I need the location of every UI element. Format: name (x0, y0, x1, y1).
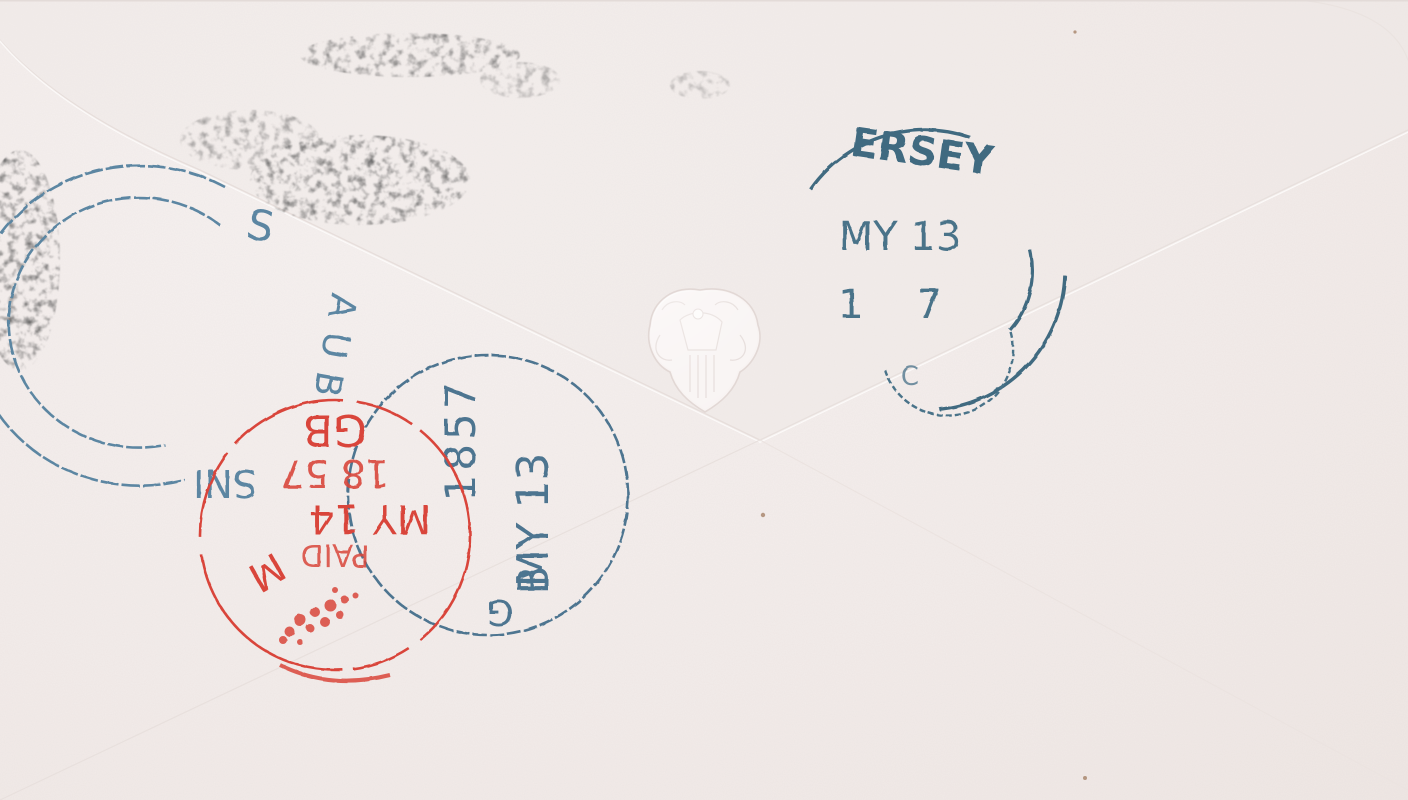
paid-word: PAID (301, 537, 370, 572)
blue-cds-letter: G (486, 591, 514, 632)
jersey-code: C (901, 362, 919, 392)
jersey-date: MY 13 (839, 214, 962, 260)
jersey-year: 1 7 (838, 282, 962, 328)
paid-date: MY 14 (309, 495, 432, 541)
paid-gb: GB (303, 404, 367, 455)
envelope-back: ERSEY MY 13 1 7 C S AUB SNI B MY 13 1857… (0, 0, 1408, 800)
paid-year: 18 57 (281, 451, 390, 495)
st-aubins-bottom: SNI (193, 461, 257, 505)
envelope-photo: ERSEY MY 13 1 7 C S AUB SNI B MY 13 1857… (0, 0, 1408, 800)
blue-cds-date: MY 13 (508, 453, 559, 588)
